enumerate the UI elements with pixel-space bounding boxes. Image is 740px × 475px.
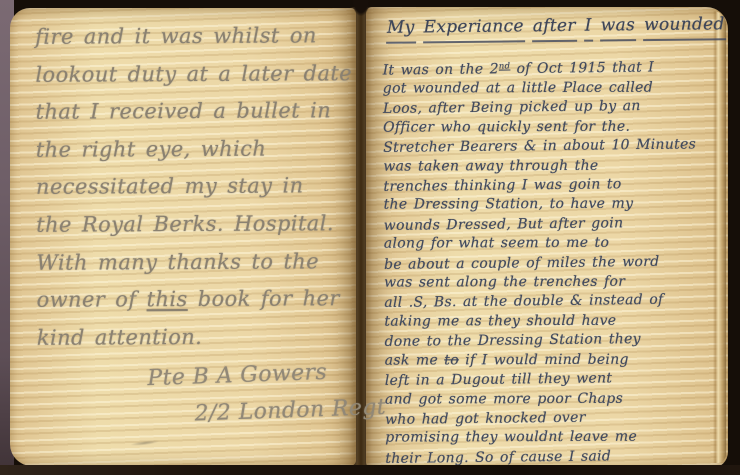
text-segment: book for her [188,286,340,311]
text-segment: owner of [37,287,147,312]
right-page-handwriting: It was on the 2nd of Oct 1915 that Igot … [383,55,726,469]
left-page-handwriting: fire and it was whilst onlookout duty at… [35,17,343,357]
handwriting-line: be about a couple of miles the word [384,252,724,275]
u-word: this [147,287,188,311]
notebook-photo: fire and it was whilst onlookout duty at… [0,0,740,475]
book-cover-bottom-edge [0,465,740,475]
handwriting-line: that I received a bullet in [36,92,342,131]
handwriting-line: the Royal Berks. Hospital. [36,205,342,244]
handwriting-line: left in a Dugout till they went [385,368,725,391]
handwriting-line: was taken away through the [383,156,723,177]
handwriting-line: kind attention. [37,318,343,357]
heading-word: after [532,16,577,42]
text-segment: of Oct 1915 that I [510,59,654,77]
handwriting-line: lookout duty at a later date [35,55,341,94]
handwriting-line: done to the Dressing Station they [384,329,724,352]
heading-word: was [600,15,637,41]
sup-word: nd [499,60,510,70]
handwriting-line: fire and it was whilst on [35,17,341,56]
text-segment: It was on the 2 [383,61,499,78]
heading-word: My [386,17,416,43]
handwriting-line: necessitated my stay in [36,168,342,207]
handwriting-line: the Dressing Station, to have my [384,195,724,216]
heading-word: Experiance [422,16,524,43]
handwriting-line: all .S, Bs. at the double & instead of [384,291,724,314]
handwriting-line: With many thanks to the [36,243,342,282]
heading-word: I [584,16,593,42]
handwriting-line: owner of this book for her [36,280,342,319]
handwriting-line: the right eye, which [36,130,342,169]
handwriting-line: Stretcher Bearers & in about 10 Minutes [383,135,723,158]
right-page-heading: MyExperianceafterIwaswounded [386,14,722,44]
heading-word: wounded [643,14,726,41]
handwriting-line: 2/2 London Regt [194,389,387,433]
handwriting-line: promising they wouldnt leave me [385,428,725,449]
handwriting-line: and got some more poor Chaps [385,389,725,410]
text-segment: ask me [385,352,445,368]
strike-word: to [444,352,459,368]
handwriting-line: Loos, after Being picked up by an [383,96,723,119]
handwriting-line: It was on the 2nd of Oct 1915 that I [383,54,723,81]
spine-top-notch [352,0,370,16]
text-segment: if I would mind being [459,351,629,368]
handwriting-line: along for what seem to me to [384,234,724,255]
handwriting-line: ask me to if I would mind being [385,350,725,371]
signature-block: Pte B A Gowers2/2 London Regt [147,352,387,434]
